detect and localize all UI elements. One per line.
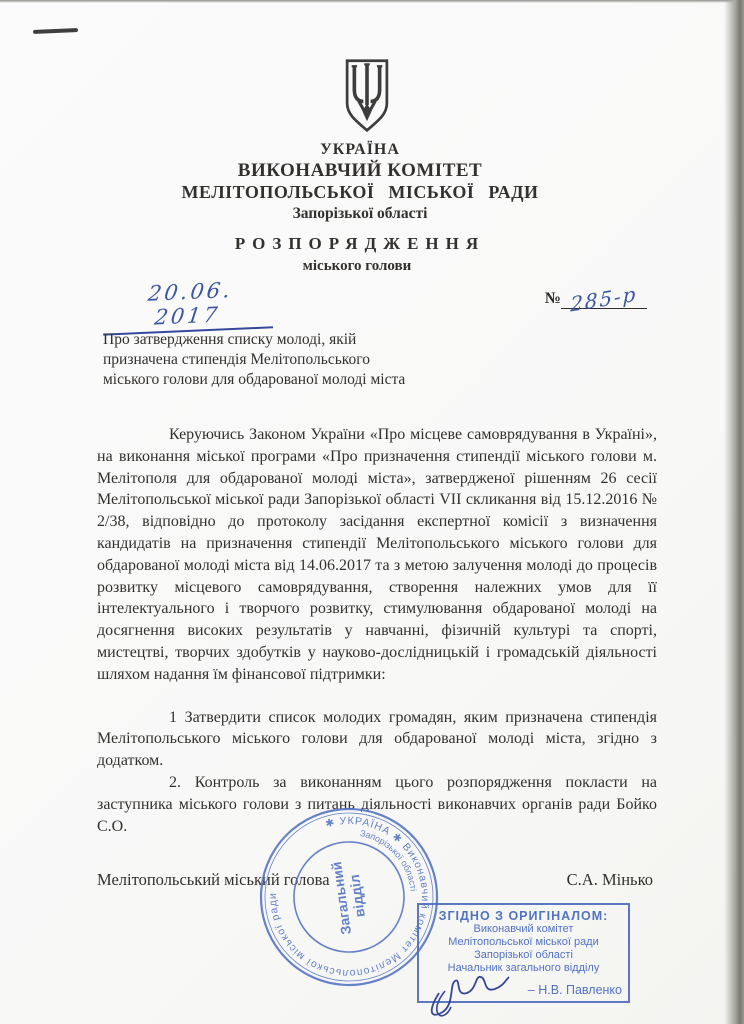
handwritten-number: 285-р: [570, 282, 637, 317]
subject-line-3: міського голови для обдарованої молоді м…: [103, 370, 405, 390]
intro-paragraph: Керуючись Законом України «Про місцеве с…: [97, 424, 657, 686]
certify-signer: – Н.В. Павленко: [528, 983, 622, 997]
subject-line-1: Про затвердження списку молоді, якій: [103, 330, 405, 350]
scanned-document-page: УКРАЇНА ВИКОНАВЧИЙ КОМІТЕТ МЕЛІТОПОЛЬСЬК…: [0, 0, 744, 1024]
signer-name: С.А. Мінько: [567, 870, 653, 890]
scan-top-edge: [0, 0, 744, 3]
document-header: УКРАЇНА ВИКОНАВЧИЙ КОМІТЕТ МЕЛІТОПОЛЬСЬК…: [0, 58, 720, 223]
date-number-row: 20.06. 2017 №285-р: [97, 280, 657, 320]
document-body: Керуючись Законом України «Про місцеве с…: [97, 424, 657, 837]
certify-line-3: Запорізької області: [419, 949, 628, 962]
handwritten-date: 20.06. 2017: [101, 276, 273, 335]
certify-line-1: Виконавчий комітет: [419, 923, 628, 936]
certify-line-2: Мелітопольської міської ради: [419, 936, 628, 949]
org-name-line2: МЕЛІТОПОЛЬСЬКОЇ МІСЬКОЇ РАДИ: [0, 182, 720, 203]
subject-line-2: призначена стипендія Мелітопольського: [103, 350, 405, 370]
pavlenko-signature-icon: [425, 967, 535, 1015]
scan-right-shadow: [724, 0, 744, 1024]
pen-dash-artifact: [33, 28, 78, 34]
certify-title: ЗГІДНО З ОРИГІНАЛОМ:: [419, 909, 628, 923]
item-1-paragraph: 1 Затвердити список молодих громадян, як…: [97, 707, 657, 772]
org-region-line: Запорізької області: [0, 205, 720, 223]
ukraine-trident-icon: [339, 58, 395, 134]
certification-stamp: ЗГІДНО З ОРИГІНАЛОМ: Виконавчий комітет …: [417, 903, 630, 1003]
subject-block: Про затвердження списку молоді, якій при…: [103, 330, 405, 390]
org-name-line1: ВИКОНАВЧИЙ КОМІТЕТ: [0, 160, 720, 182]
document-title: РОЗПОРЯДЖЕННЯ: [0, 234, 720, 254]
country-name: УКРАЇНА: [0, 141, 720, 159]
document-subtitle: міського голови: [0, 258, 714, 275]
document-number: №285-р: [545, 284, 647, 309]
number-sign-label: №: [545, 290, 561, 307]
